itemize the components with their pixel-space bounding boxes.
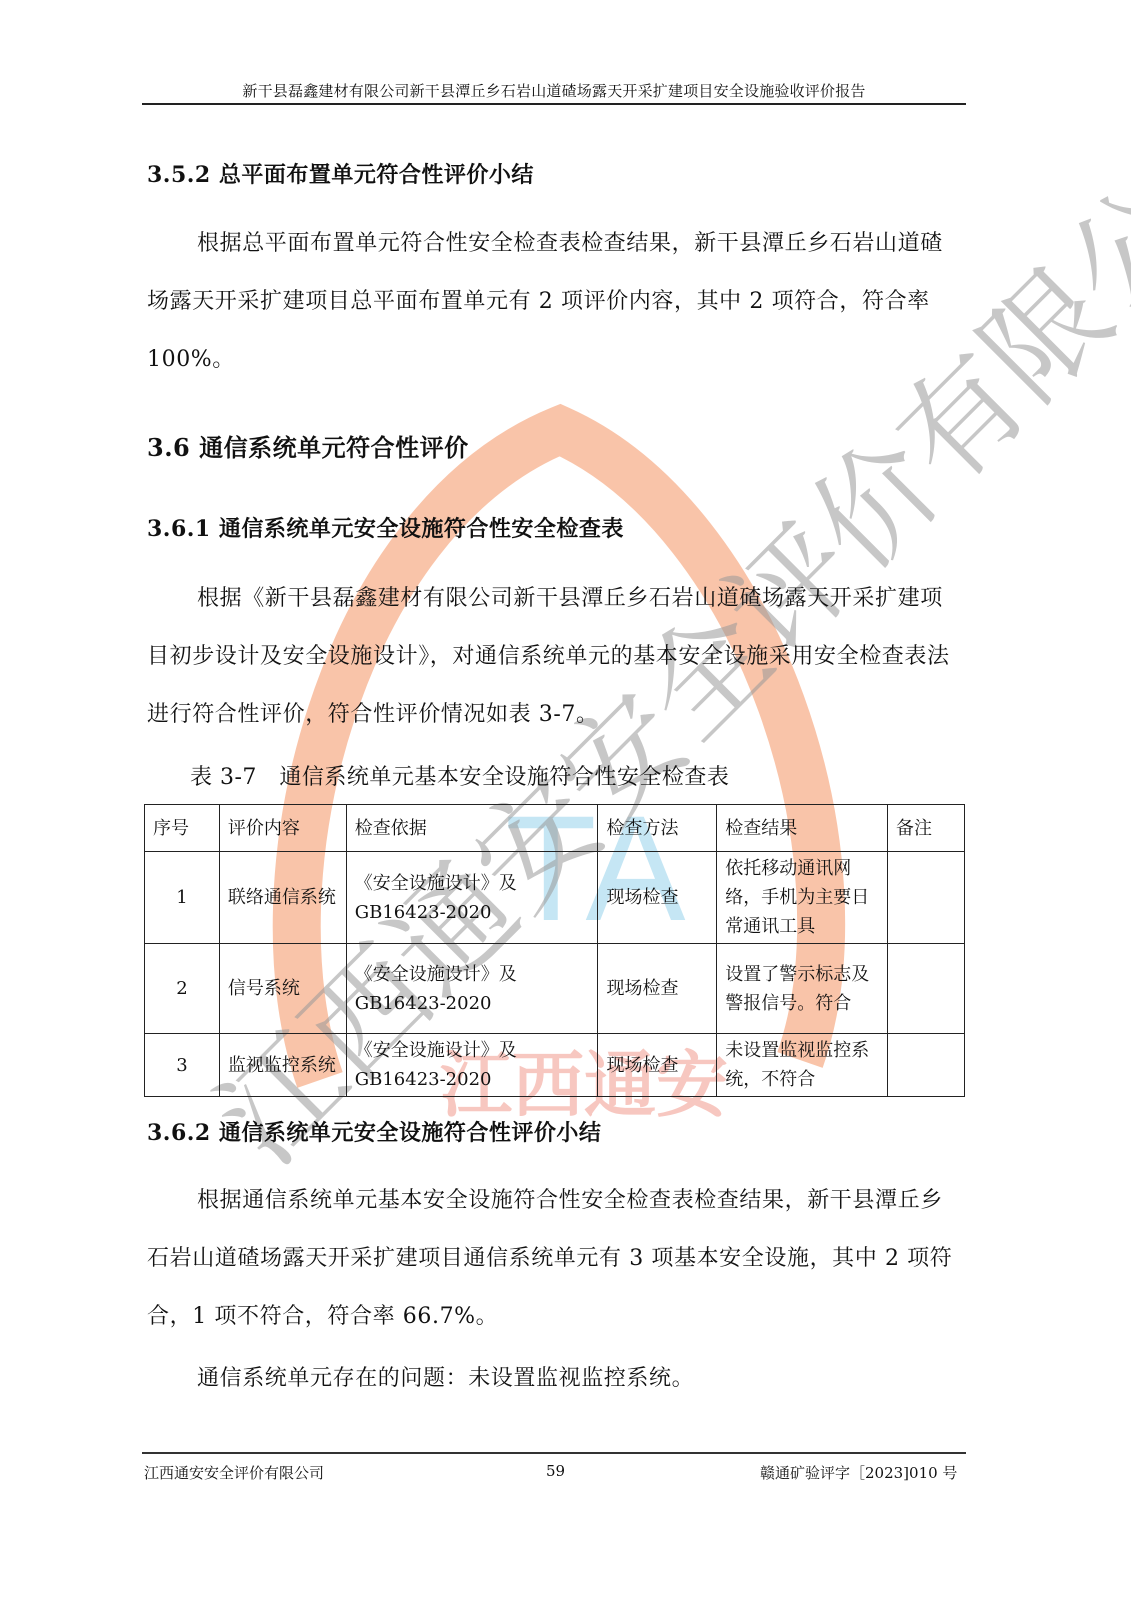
table-cell: 设置了警示标志及警报信号。符合: [717, 944, 888, 1034]
table-cell: 《安全设施设计》及 GB16423-2020: [346, 852, 598, 944]
table-cell: [888, 944, 965, 1034]
heading-3-6-1: 3.6.1 通信系统单元安全设施符合性安全检查表: [147, 512, 624, 543]
footer-doc-number: 赣通矿验评字［2023]010 号: [760, 1462, 957, 1483]
table-cell: [888, 1034, 965, 1097]
column-header: 评价内容: [219, 805, 346, 852]
column-header: 检查方法: [598, 805, 717, 852]
footer-company: 江西通安安全评价有限公司: [144, 1462, 324, 1483]
table-cell: 现场检查: [598, 852, 717, 944]
column-header: 检查结果: [717, 805, 888, 852]
table-cell: 《安全设施设计》及 GB16423-2020: [346, 944, 598, 1034]
paragraph-3-5-2: 根据总平面布置单元符合性安全检查表检查结果，新干县潭丘乡石岩山道碴场露天开采扩建…: [147, 215, 959, 389]
header-divider: [142, 103, 966, 105]
paragraph-3-6-1: 根据《新干县磊鑫建材有限公司新干县潭丘乡石岩山道碴场露天开采扩建项目初步设计及安…: [147, 570, 959, 744]
column-header: 备注: [888, 805, 965, 852]
heading-3-6-2: 3.6.2 通信系统单元安全设施符合性评价小结: [147, 1116, 601, 1147]
table-cell: 信号系统: [219, 944, 346, 1034]
column-header: 序号: [145, 805, 220, 852]
table-cell: 监视监控系统: [219, 1034, 346, 1097]
safety-check-table: 序号 评价内容 检查依据 检查方法 检查结果 备注 1 联络通信系统 《安全设施…: [144, 804, 965, 1097]
table-cell: 现场检查: [598, 944, 717, 1034]
heading-3-5-2: 3.5.2 总平面布置单元符合性评价小结: [147, 158, 534, 189]
table-cell: 联络通信系统: [219, 852, 346, 944]
table-cell: 现场检查: [598, 1034, 717, 1097]
footer-divider: [142, 1452, 966, 1454]
running-header: 新干县磊鑫建材有限公司新干县潭丘乡石岩山道碴场露天开采扩建项目安全设施验收评价报…: [142, 80, 966, 101]
paragraph-3-6-2: 根据通信系统单元基本安全设施符合性安全检查表检查结果，新干县潭丘乡石岩山道碴场露…: [147, 1172, 959, 1346]
table-cell: 1: [145, 852, 220, 944]
table-cell: 《安全设施设计》及 GB16423-2020: [346, 1034, 598, 1097]
table-cell: 依托移动通讯网络，手机为主要日常通讯工具: [717, 852, 888, 944]
table-cell: 3: [145, 1034, 220, 1097]
table-cell: [888, 852, 965, 944]
issues-paragraph: 通信系统单元存在的问题：未设置监视监控系统。: [147, 1350, 959, 1408]
page-number: 59: [546, 1462, 565, 1480]
table-cell: 2: [145, 944, 220, 1034]
heading-3-6: 3.6 通信系统单元符合性评价: [147, 428, 469, 463]
table-row: 2 信号系统 《安全设施设计》及 GB16423-2020 现场检查 设置了警示…: [145, 944, 965, 1034]
page: 新干县磊鑫建材有限公司新干县潭丘乡石岩山道碴场露天开采扩建项目安全设施验收评价报…: [0, 0, 1131, 1600]
column-header: 检查依据: [346, 805, 598, 852]
table-row: 1 联络通信系统 《安全设施设计》及 GB16423-2020 现场检查 依托移…: [145, 852, 965, 944]
table-header-row: 序号 评价内容 检查依据 检查方法 检查结果 备注: [145, 805, 965, 852]
table-cell: 未设置监视监控系统，不符合: [717, 1034, 888, 1097]
table-row: 3 监视监控系统 《安全设施设计》及 GB16423-2020 现场检查 未设置…: [145, 1034, 965, 1097]
table-caption: 表 3-7 通信系统单元基本安全设施符合性安全检查表: [190, 760, 729, 791]
